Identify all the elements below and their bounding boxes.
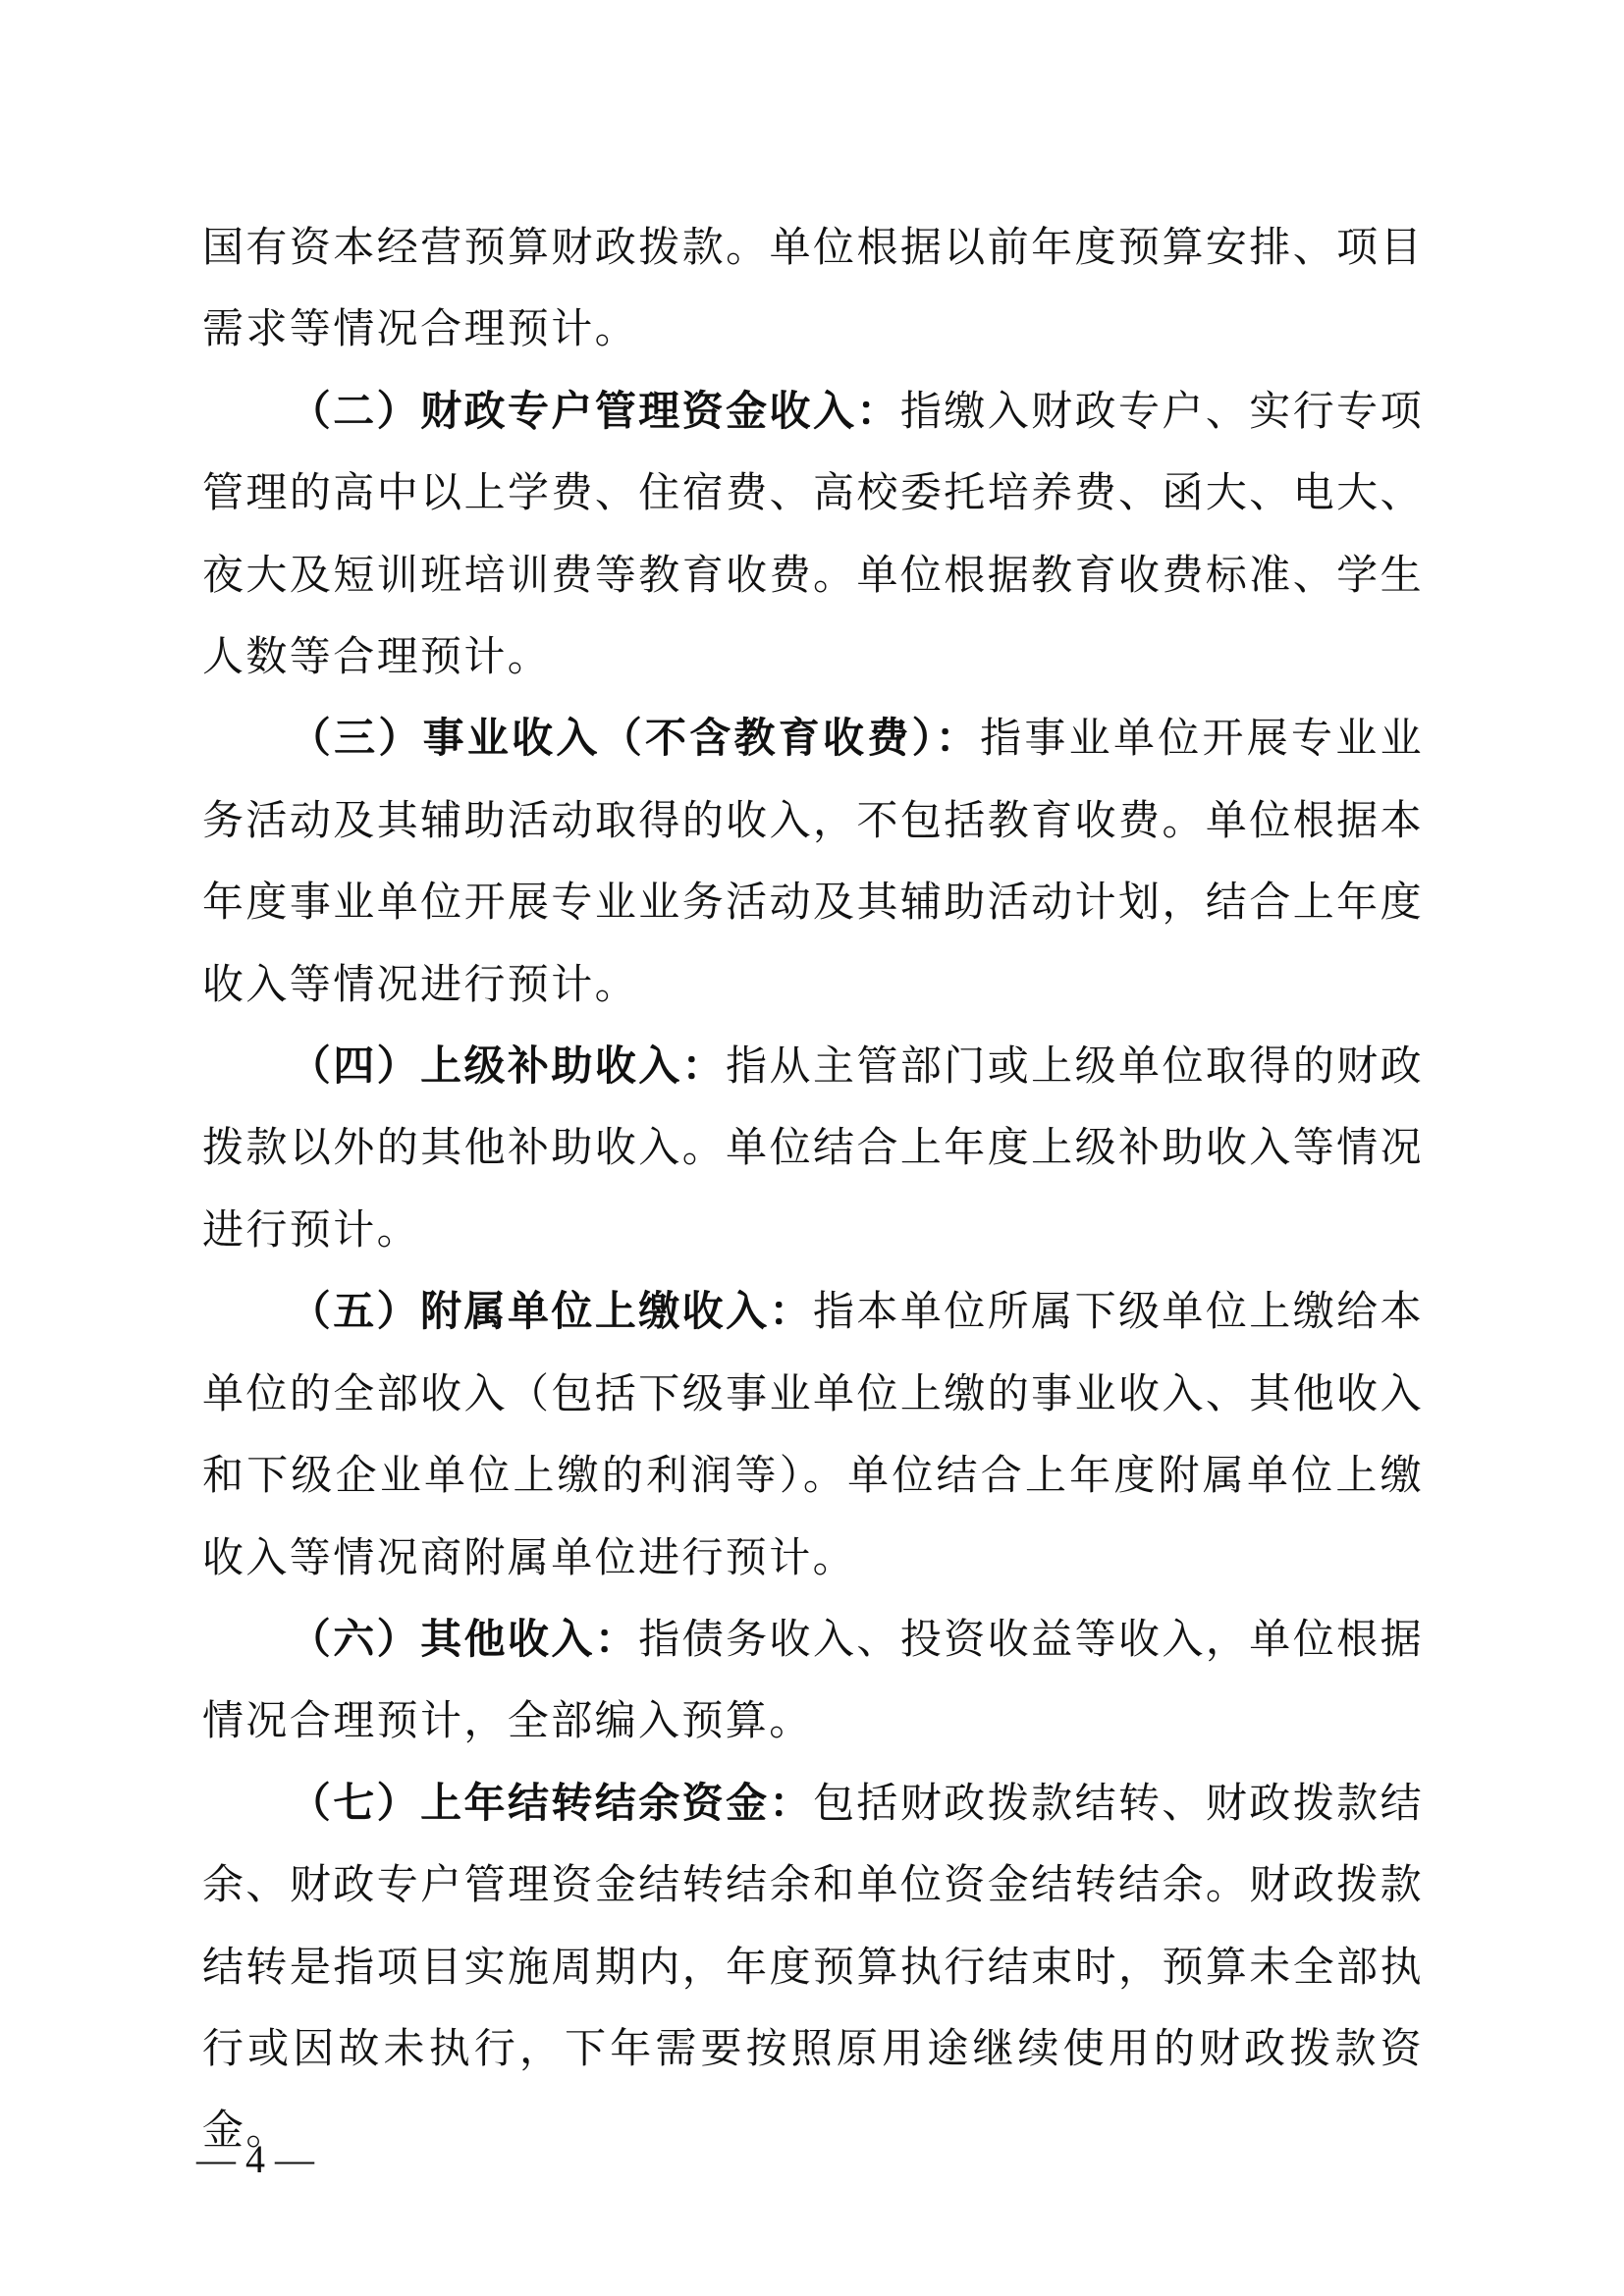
paragraph-business-income: （三）事业收入（不含教育收费）：指事业单位开展专业业务活动及其辅助活动取得的收入… [202, 697, 1424, 1025]
paragraph-superior-subsidy-income: （四）上级补助收入：指从主管部门或上级单位取得的财政拨款以外的其他补助收入。单位… [202, 1025, 1424, 1270]
paragraph-heading: （三）事业收入（不含教育收费）： [290, 714, 980, 762]
paragraph-text: 国有资本经营预算财政拨款。单位根据以前年度预算安排、项目需求等情况合理预计。 [202, 223, 1424, 352]
document-body: 国有资本经营预算财政拨款。单位根据以前年度预算安排、项目需求等情况合理预计。 （… [202, 206, 1424, 2171]
document-page: 国有资本经营预算财政拨款。单位根据以前年度预算安排、项目需求等情况合理预计。 （… [0, 0, 1624, 2296]
paragraph-affiliated-unit-income: （五）附属单位上缴收入：指本单位所属下级单位上缴给本单位的全部收入（包括下级事业… [202, 1270, 1424, 1598]
paragraph-text: 包括财政拨款结转、财政拨款结余、财政专户管理资金结转结余和单位资金结转结余。财政… [202, 1779, 1424, 2155]
page-number: — 4 — [196, 2130, 314, 2189]
paragraph-other-income: （六）其他收入：指债务收入、投资收益等收入，单位根据情况合理预计，全部编入预算。 [202, 1598, 1424, 1762]
paragraph-heading: （五）附属单位上缴收入： [290, 1287, 813, 1335]
paragraph-heading: （七）上年结转结余资金： [290, 1779, 813, 1827]
paragraph-special-account-income: （二）财政专户管理资金收入：指缴入财政专户、实行专项管理的高中以上学费、住宿费、… [202, 370, 1424, 698]
paragraph-heading: （六）其他收入： [290, 1615, 638, 1663]
paragraph-heading: （四）上级补助收入： [290, 1041, 726, 1090]
paragraph-carryover-funds: （七）上年结转结余资金：包括财政拨款结转、财政拨款结余、财政专户管理资金结转结余… [202, 1762, 1424, 2171]
paragraph-heading: （二）财政专户管理资金收入： [290, 387, 900, 435]
paragraph-state-capital-continuation: 国有资本经营预算财政拨款。单位根据以前年度预算安排、项目需求等情况合理预计。 [202, 206, 1424, 370]
